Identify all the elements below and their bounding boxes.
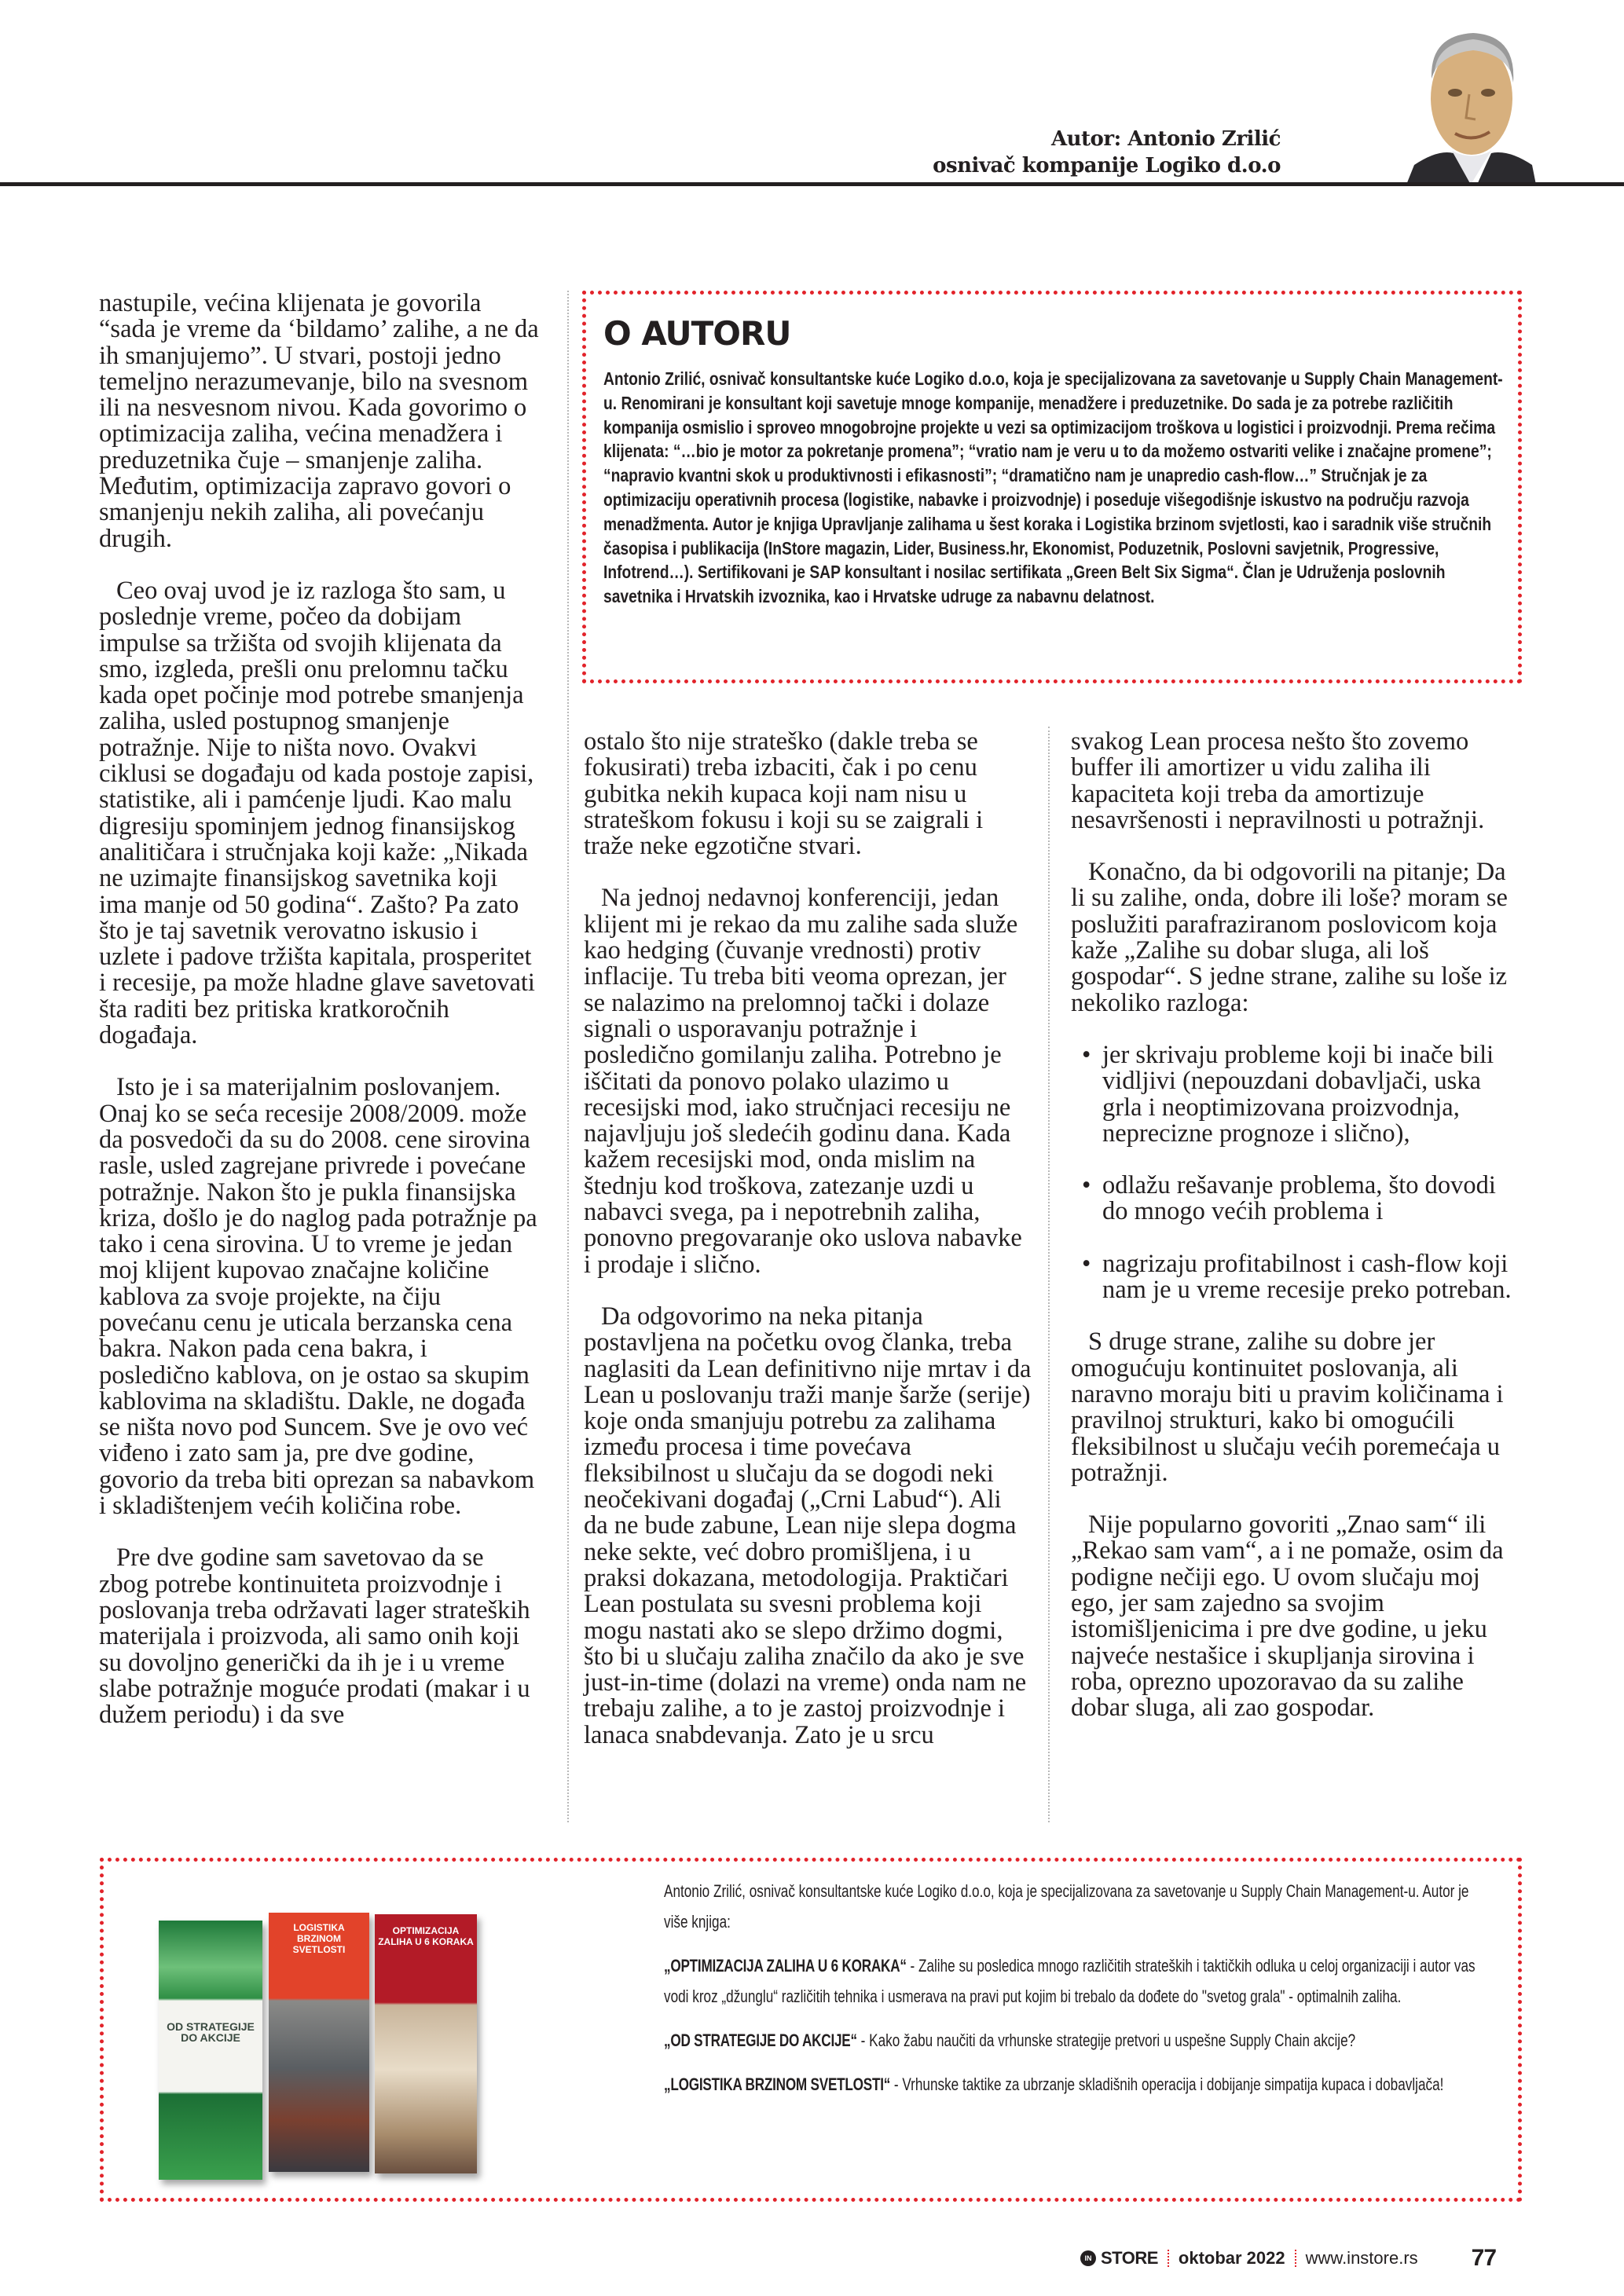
article-column-2: ostalo što nije strateško (dakle treba s… [584,729,1032,1774]
paragraph: Konačno, da bi odgovorili na pitanje; Da… [1071,859,1519,1016]
paragraph: S druge strane, zalihe su dobre jer omog… [1071,1329,1519,1486]
paragraph: Nije popularno govoriti „Znao sam“ ili „… [1071,1512,1519,1721]
book-entry: „OD STRATEGIJE DO AKCIJE“ - Kako žabu na… [664,2025,1491,2056]
books-promo-box: Od strategije do akcije Logistika brzino… [100,1858,1522,2202]
paragraph: ostalo što nije strateško (dakle treba s… [584,729,1032,859]
page-number: 77 [1472,2245,1496,2272]
list-item: •odlažu rešavanje problema, što dovodi d… [1071,1173,1519,1225]
bullet-icon: • [1082,1173,1091,1199]
about-author-box: O AUTORU Antonio Zrilić, osnivač konsult… [582,291,1522,683]
issue-date: oktobar 2022 [1179,2248,1285,2269]
book-title: „OD STRATEGIJE DO AKCIJE“ [664,2031,857,2050]
list-item: •jer skrivaju probleme koji bi inače bil… [1071,1042,1519,1147]
paragraph: Pre dve godine sam savetovao da se zbog … [99,1545,539,1728]
author-portrait [1406,16,1536,185]
paragraph: svakog Lean procesa nešto što zovemo buf… [1071,729,1519,833]
page-footer: IN STORE oktobar 2022 www.instore.rs 77 [1080,2245,1496,2272]
author-name: Autor: Antonio Zrilić [933,126,1281,152]
reasons-list: •jer skrivaju probleme koji bi inače bil… [1071,1042,1519,1303]
book-entry: „OPTIMIZACIJA ZALIHA U 6 KORAKA“ - Zalih… [664,1950,1491,2012]
article-column-1: nastupile, većina klijenata je govorila … [99,291,539,1754]
books-intro: Antonio Zrilić, osnivač konsultantske ku… [664,1876,1491,1937]
book-title: „LOGISTIKA BRZINOM SVETLOSTI“ [664,2074,890,2094]
book-entry: „LOGISTIKA BRZINOM SVETLOSTI“ - Vrhunske… [664,2069,1491,2100]
author-role: osnivač kompanije Logiko d.o.o [933,152,1281,179]
paragraph: Na jednoj nedavnoj konferenciji, jedan k… [584,885,1032,1277]
instore-logo-text: STORE [1101,2248,1158,2269]
footer-separator [1168,2250,1169,2267]
portrait-image-icon [1406,16,1536,185]
paragraph: nastupile, većina klijenata je govorila … [99,291,539,552]
author-byline: Autor: Antonio Zrilić osnivač kompanije … [933,126,1281,179]
instore-logo-icon: IN [1080,2250,1096,2266]
header-rule [0,182,1624,186]
bullet-icon: • [1082,1251,1091,1277]
paragraph: Da odgovorimo na neka pitanja postavljen… [584,1304,1032,1749]
book-cover: Od strategije do akcije [159,1921,262,2180]
book-cover: Logistika brzinom svetlosti [269,1913,369,2172]
book-cover: Optimizacija zaliha u 6 koraka [375,1914,477,2173]
footer-separator [1295,2250,1296,2267]
books-description: Antonio Zrilić, osnivač konsultantske ku… [664,1876,1491,2113]
book-title: „OPTIMIZACIJA ZALIHA U 6 KORAKA“ [664,1956,907,1976]
bullet-icon: • [1082,1042,1091,1068]
about-author-title: O AUTORU [603,312,1501,356]
paragraph: Isto je i sa materijalnim poslovanjem. O… [99,1075,539,1519]
article-column-3: svakog Lean procesa nešto što zovemo buf… [1071,729,1519,1748]
about-author-text: Antonio Zrilić, osnivač konsultantske ku… [603,367,1505,609]
column-divider [1048,727,1050,1822]
column-divider [567,291,569,1822]
list-item: •nagrizaju profitabilnost i cash-flow ko… [1071,1251,1519,1304]
paragraph: Ceo ovaj uvod je iz razloga što sam, u p… [99,578,539,1049]
book-covers-image: Od strategije do akcije Logistika brzino… [143,1905,583,2180]
website-link[interactable]: www.instore.rs [1306,2248,1418,2269]
